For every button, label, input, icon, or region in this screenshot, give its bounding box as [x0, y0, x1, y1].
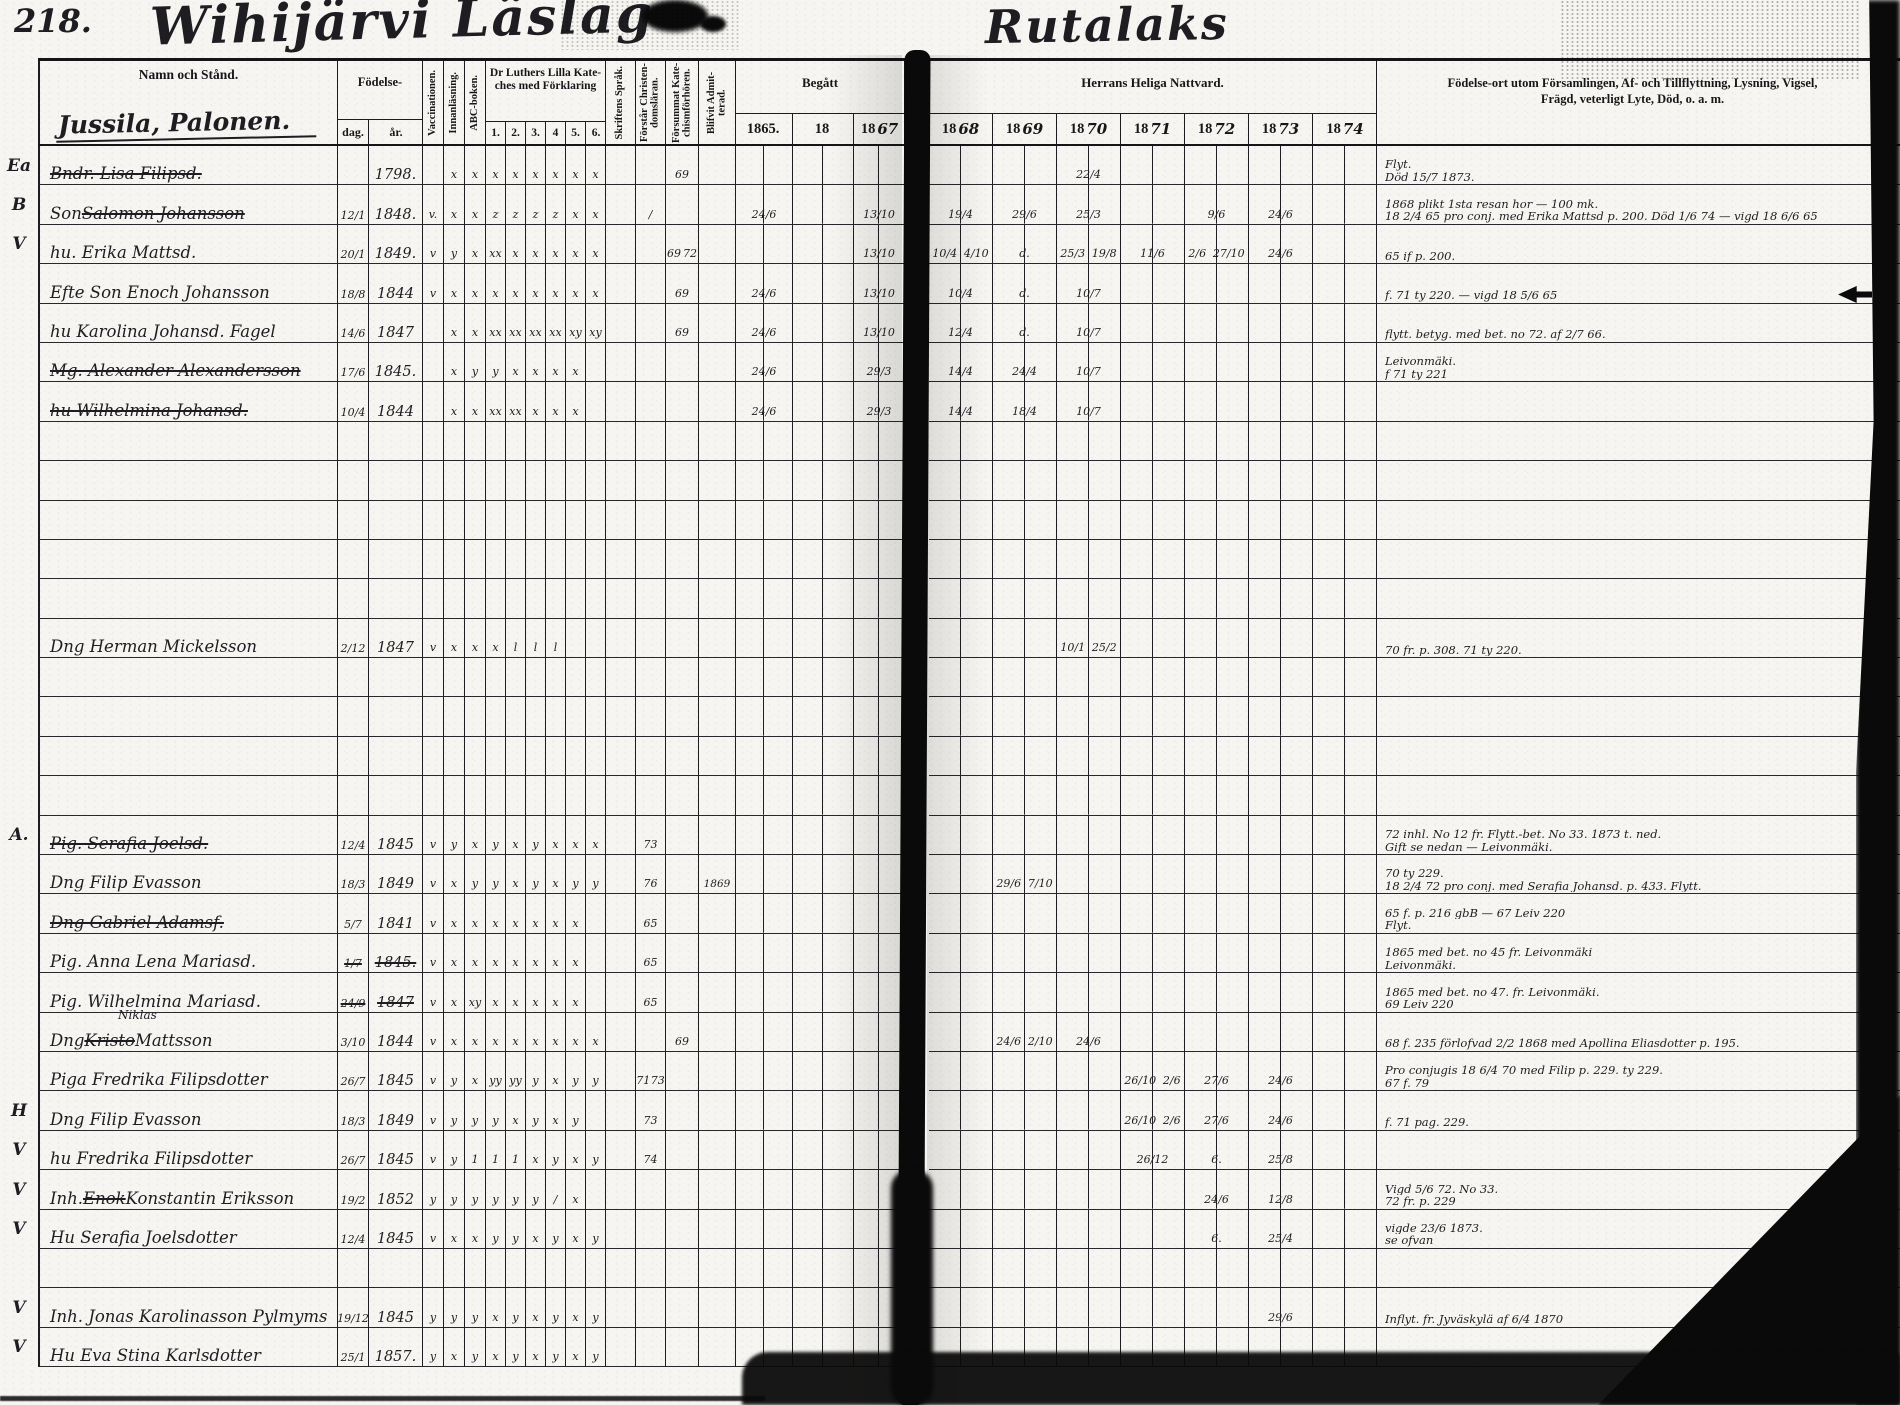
- cell-abc-mark: x: [465, 1052, 486, 1091]
- table-row: Vhu Fredrika Filipsdotter26/71845vy111xy…: [0, 1131, 1900, 1170]
- cell-catechism-mark: l: [506, 619, 526, 658]
- cell-catechism-mark: [586, 1249, 606, 1288]
- cell-nattvard-date: [993, 1052, 1057, 1091]
- cell-nattvard-date: [1249, 934, 1313, 973]
- gutter-spacer: [905, 934, 929, 973]
- gutter-spacer: [905, 461, 929, 500]
- cell-admitted-mark: [699, 934, 736, 973]
- header-begatt-label: Begått: [736, 75, 904, 91]
- cell-catechism-mark: yy: [486, 1052, 506, 1091]
- cell-abc-mark: x: [465, 1013, 486, 1052]
- cell-name: Efte Son Enoch Johansson: [38, 264, 338, 303]
- year-handwritten: 73: [1278, 120, 1299, 138]
- note-line: 70 fr. p. 308. 71 ty 220.: [1385, 644, 1522, 657]
- date-part: 26/10: [1124, 1114, 1156, 1127]
- cell-abc-mark: y: [465, 1328, 486, 1367]
- cell-begatt-date: [854, 579, 905, 618]
- row-margin-mark: Ea: [0, 146, 38, 185]
- cell-birth-year: 1845: [369, 1288, 423, 1327]
- cell-catechism-mark: x: [566, 185, 586, 224]
- gutter-spacer: [905, 343, 929, 382]
- cell-catechism-mark: x: [526, 1288, 546, 1327]
- cell-nattvard-date: 10/44/10: [929, 225, 993, 264]
- table-row: VHu Eva Stina Karlsdotter25/11857.yxyxyx…: [0, 1328, 1900, 1367]
- cell-catechism-mark: [546, 501, 566, 540]
- cell-nattvard-date: [1313, 540, 1377, 579]
- cell-birth-day: 20/1: [338, 225, 369, 264]
- cell-nattvard-date: [1057, 1328, 1121, 1367]
- cell-notes: [1377, 422, 1900, 461]
- cell-name: Inh. Jonas Karolinasson Pylmyms: [38, 1288, 338, 1327]
- header-scripture-label: Skriftens Språk.: [615, 66, 626, 140]
- table-row: hu Wilhelmina Johansd.10/41844xxxxxxxxx2…: [0, 382, 1900, 421]
- cell-scripture-mark: [606, 343, 636, 382]
- cell-abc-mark: x: [465, 934, 486, 973]
- cell-vaccination-mark: [423, 697, 444, 736]
- name-text: Dng Gabriel Adamsf.: [50, 913, 224, 932]
- cell-begatt-date: [736, 658, 793, 697]
- note-line: Flyt.: [1385, 919, 1411, 932]
- note-line: Pro conjugis 18 6/4 70 med Filip p. 229.…: [1385, 1064, 1663, 1077]
- cell-nattvard-date: [1185, 776, 1249, 815]
- table-row: NiklasDng Kristo Mattsson3/101844vxxxxxx…: [0, 1013, 1900, 1052]
- cell-catechism-mark: x: [506, 343, 526, 382]
- cell-nattvard-date: [1313, 619, 1377, 658]
- cell-scripture-mark: [606, 973, 636, 1012]
- cell-catechism-mark: [586, 540, 606, 579]
- note-line: 1865 med bet. no 47. fr. Leivonmäki.: [1385, 986, 1600, 999]
- note-line: 65 if p. 200.: [1385, 250, 1455, 263]
- cell-name: Pig. Serafia Joelsd.: [38, 816, 338, 855]
- name-correction-above: Niklas: [118, 1008, 157, 1022]
- table-row: [0, 422, 1900, 461]
- cell-catechism-mark: x: [566, 973, 586, 1012]
- cell-catechism-mark: y: [526, 1091, 546, 1130]
- cell-nattvard-date: [929, 422, 993, 461]
- cell-catechism-mark: z: [546, 185, 566, 224]
- cell-birth-year: [369, 697, 423, 736]
- cell-nattvard-date: [1121, 422, 1185, 461]
- row-margin-mark: [0, 776, 38, 815]
- cell-nattvard-date: [993, 422, 1057, 461]
- cell-catechism-mark: [506, 697, 526, 736]
- date-part: 19/8: [1092, 247, 1117, 260]
- date-part: 24/6: [996, 1035, 1021, 1048]
- cell-admitted-mark: [699, 185, 736, 224]
- cell-missed-mark: [666, 973, 699, 1012]
- cell-nattvard-date: [1185, 816, 1249, 855]
- header-nattvard-year: 1868: [929, 114, 993, 144]
- cell-missed-mark: [666, 894, 699, 933]
- table-row: [0, 697, 1900, 736]
- cell-nattvard-date: [1057, 579, 1121, 618]
- date-part: 25/2: [1092, 641, 1117, 654]
- cell-scripture-mark: [606, 737, 636, 776]
- cell-nattvard-date: [1313, 343, 1377, 382]
- cell-catechism-mark: x: [506, 894, 526, 933]
- cell-catechism-mark: [566, 737, 586, 776]
- cell-birth-year: 1844: [369, 1013, 423, 1052]
- cell-birth-year: 1849: [369, 1091, 423, 1130]
- cell-catechism-mark: [486, 658, 506, 697]
- header-abc-book: ABC-boken.: [465, 61, 486, 144]
- cell-admitted-mark: [699, 1249, 736, 1288]
- cell-nattvard-date: 24/62/10: [993, 1013, 1057, 1052]
- cell-name: hu Wilhelmina Johansd.: [38, 382, 338, 421]
- cell-nattvard-date: 29/67/10: [993, 855, 1057, 894]
- cell-birth-day: [338, 776, 369, 815]
- cell-catechism-mark: [506, 776, 526, 815]
- cell-nattvard-date: [1313, 1013, 1377, 1052]
- cell-admitted-mark: [699, 816, 736, 855]
- cell-catechism-mark: [566, 422, 586, 461]
- cell-nattvard-date: 24/6: [1249, 1091, 1313, 1130]
- cell-understands-mark: 65: [636, 934, 666, 973]
- cell-nattvard-date: 10/7: [1057, 343, 1121, 382]
- cell-begatt-date: 24/6: [736, 382, 793, 421]
- cell-birth-year: [369, 461, 423, 500]
- cell-abc-mark: xy: [465, 973, 486, 1012]
- cell-scripture-mark: [606, 658, 636, 697]
- cell-catechism-mark: x: [546, 1091, 566, 1130]
- header-nattvard: Herrans Heliga Nattvard. 1868 1869 1870 …: [929, 61, 1377, 144]
- cell-catechism-mark: [546, 461, 566, 500]
- cell-nattvard-date: [1057, 1288, 1121, 1327]
- cell-reading-mark: [444, 776, 465, 815]
- cell-begatt-date: [793, 264, 854, 303]
- cell-birth-day: 19/2: [338, 1170, 369, 1209]
- cell-vaccination-mark: [423, 540, 444, 579]
- cell-nattvard-date: [1121, 1013, 1185, 1052]
- cell-abc-mark: x: [465, 894, 486, 933]
- gutter-spacer: [905, 1091, 929, 1130]
- cell-begatt-date: 24/6: [736, 185, 793, 224]
- cell-nattvard-date: 14/4: [929, 343, 993, 382]
- cell-catechism-mark: [506, 422, 526, 461]
- cell-vaccination-mark: v: [423, 894, 444, 933]
- cell-vaccination-mark: v: [423, 264, 444, 303]
- cell-catechism-mark: x: [546, 225, 566, 264]
- cell-abc-mark: [465, 540, 486, 579]
- cell-begatt-date: [736, 1210, 793, 1249]
- table-row: Piga Fredrika Filipsdotter26/71845vyxyyy…: [0, 1052, 1900, 1091]
- cell-catechism-mark: x: [566, 382, 586, 421]
- cell-nattvard-date: [1249, 304, 1313, 343]
- cell-vaccination-mark: [423, 776, 444, 815]
- gutter-spacer: [905, 1013, 929, 1052]
- cell-catechism-mark: [566, 501, 586, 540]
- table-header: Namn och Stånd. Jussila, Palonen. Födels…: [38, 58, 1900, 146]
- cell-admitted-mark: [699, 697, 736, 736]
- cell-begatt-date: [854, 1288, 905, 1327]
- cell-reading-mark: [444, 461, 465, 500]
- cell-begatt-date: [793, 816, 854, 855]
- cell-begatt-date: [793, 461, 854, 500]
- cell-name: NiklasDng Kristo Mattsson: [38, 1013, 338, 1052]
- cell-nattvard-date: [993, 579, 1057, 618]
- cell-catechism-mark: x: [546, 816, 566, 855]
- cell-abc-mark: y: [465, 1288, 486, 1327]
- gutter-spacer: [905, 264, 929, 303]
- cell-nattvard-date: [1057, 697, 1121, 736]
- cell-admitted-mark: [699, 1131, 736, 1170]
- cell-nattvard-date: 27/6: [1185, 1052, 1249, 1091]
- year-printed: 18: [1070, 121, 1085, 138]
- cell-begatt-date: [736, 461, 793, 500]
- cell-catechism-mark: [566, 1249, 586, 1288]
- cell-nattvard-date: [1121, 343, 1185, 382]
- cell-nattvard-date: [1121, 461, 1185, 500]
- cell-nattvard-date: [993, 1288, 1057, 1327]
- header-birth-year: år.: [369, 120, 423, 144]
- cell-nattvard-date: [1313, 146, 1377, 185]
- cell-nattvard-date: [1313, 973, 1377, 1012]
- cell-birth-year: 1845.: [369, 343, 423, 382]
- cell-scripture-mark: [606, 816, 636, 855]
- cell-nattvard-date: [1057, 973, 1121, 1012]
- note-line: 72 inhl. No 12 fr. Flytt.-bet. No 33. 18…: [1385, 828, 1661, 841]
- cell-begatt-date: [736, 973, 793, 1012]
- cell-catechism-mark: x: [586, 816, 606, 855]
- gutter-spacer: [905, 619, 929, 658]
- cell-missed-mark: [666, 461, 699, 500]
- cell-vaccination-mark: [423, 658, 444, 697]
- cell-admitted-mark: [699, 304, 736, 343]
- cell-catechism-mark: y: [586, 1052, 606, 1091]
- cell-vaccination-mark: y: [423, 1288, 444, 1327]
- cell-notes: [1377, 737, 1900, 776]
- cell-begatt-date: [736, 422, 793, 461]
- cell-notes: [1377, 1328, 1900, 1367]
- cell-reading-mark: y: [444, 225, 465, 264]
- cell-missed-mark: [666, 737, 699, 776]
- cell-begatt-date: [854, 894, 905, 933]
- cell-begatt-date: [736, 579, 793, 618]
- cell-understands-mark: 65: [636, 894, 666, 933]
- cell-nattvard-date: [1121, 894, 1185, 933]
- cell-nattvard-date: 26/12: [1121, 1131, 1185, 1170]
- cell-birth-day: [338, 540, 369, 579]
- cell-begatt-date: [793, 540, 854, 579]
- cell-catechism-mark: [486, 1249, 506, 1288]
- cell-nattvard-date: [1313, 894, 1377, 933]
- name-text: Inh. Jonas Karolinasson Pylmyms: [50, 1307, 328, 1326]
- cell-nattvard-date: [1057, 658, 1121, 697]
- cell-catechism-mark: 1: [506, 1131, 526, 1170]
- header-catechism-col: 4: [546, 122, 566, 144]
- header-birth-label: Födelse-: [338, 75, 422, 90]
- cell-begatt-date: [736, 1013, 793, 1052]
- cell-nattvard-date: [993, 776, 1057, 815]
- cell-catechism-mark: xx: [486, 225, 506, 264]
- table-row: Efte Son Enoch Johansson18/81844vxxxxxxx…: [0, 264, 1900, 303]
- cell-begatt-date: [736, 1328, 793, 1367]
- cell-nattvard-date: [929, 1210, 993, 1249]
- cell-birth-day: 26/7: [338, 1052, 369, 1091]
- gutter-spacer: [905, 422, 929, 461]
- cell-nattvard-date: [1249, 697, 1313, 736]
- cell-missed-mark: [666, 855, 699, 894]
- cell-scripture-mark: [606, 1288, 636, 1327]
- row-margin-mark: [0, 1013, 38, 1052]
- cell-scripture-mark: [606, 1210, 636, 1249]
- year-printed: 18: [942, 121, 957, 138]
- cell-catechism-mark: x: [526, 225, 546, 264]
- cell-birth-day: 26/7: [338, 1131, 369, 1170]
- cell-nattvard-date: 12/8: [1249, 1170, 1313, 1209]
- header-missed-label: Försummat Kate-chismförhören.: [672, 61, 693, 144]
- cell-catechism-mark: x: [546, 382, 566, 421]
- cell-nattvard-date: [1057, 1091, 1121, 1130]
- cell-nattvard-date: 25/8: [1249, 1131, 1313, 1170]
- cell-missed-mark: [666, 658, 699, 697]
- cell-nattvard-date: [1057, 816, 1121, 855]
- row-margin-mark: [0, 658, 38, 697]
- cell-nattvard-date: [1057, 855, 1121, 894]
- cell-catechism-mark: x: [486, 934, 506, 973]
- cell-begatt-date: [736, 816, 793, 855]
- cell-catechism-mark: x: [486, 1288, 506, 1327]
- cell-nattvard-date: [1185, 304, 1249, 343]
- cell-notes: 1865 med bet. no 47. fr. Leivonmäki.69 L…: [1377, 973, 1900, 1012]
- note-line: vigde 23/6 1873.: [1385, 1222, 1483, 1235]
- cell-catechism-mark: y: [526, 1170, 546, 1209]
- name-text: Bndr. Lisa Filipsd.: [50, 164, 202, 183]
- cell-notes: 65 f. p. 216 gbB — 67 Leiv 220Flyt.: [1377, 894, 1900, 933]
- cell-catechism-mark: [546, 776, 566, 815]
- header-admitted: Blifvit Admit-terad.: [699, 61, 736, 144]
- cell-notes: [1377, 382, 1900, 421]
- cell-name: [38, 422, 338, 461]
- cell-nattvard-date: [929, 619, 993, 658]
- cell-birth-day: 12/1: [338, 185, 369, 224]
- cell-nattvard-date: [929, 1091, 993, 1130]
- cell-catechism-mark: [546, 579, 566, 618]
- gutter-spacer: [905, 1249, 929, 1288]
- cell-begatt-date: [854, 501, 905, 540]
- cell-nattvard-date: [1249, 540, 1313, 579]
- header-missed-exams: Försummat Kate-chismförhören.: [666, 61, 699, 144]
- date-part: 27/10: [1213, 247, 1245, 260]
- cell-abc-mark: x: [465, 146, 486, 185]
- cell-birth-day: [338, 737, 369, 776]
- cell-nattvard-date: [1185, 973, 1249, 1012]
- cell-nattvard-date: [1313, 501, 1377, 540]
- cell-nattvard-date: [929, 973, 993, 1012]
- cell-missed-mark: [666, 1091, 699, 1130]
- cell-understands-mark: [636, 619, 666, 658]
- cell-catechism-mark: y: [546, 1131, 566, 1170]
- cell-catechism-mark: xx: [506, 304, 526, 343]
- cell-missed-mark: [666, 1288, 699, 1327]
- cell-nattvard-date: 10/4: [929, 264, 993, 303]
- cell-nattvard-date: [993, 894, 1057, 933]
- cell-begatt-date: [793, 619, 854, 658]
- cell-notes: vigde 23/6 1873.se ofvan: [1377, 1210, 1900, 1249]
- cell-catechism-mark: [526, 422, 546, 461]
- header-nattvard-year: 1869: [993, 114, 1057, 144]
- cell-nattvard-date: [929, 1052, 993, 1091]
- year-handwritten: 71: [1150, 120, 1171, 138]
- cell-understands-mark: [636, 422, 666, 461]
- cell-nattvard-date: [1313, 1249, 1377, 1288]
- cell-reading-mark: [444, 737, 465, 776]
- cell-admitted-mark: [699, 1288, 736, 1327]
- cell-begatt-date: [736, 1131, 793, 1170]
- cell-scripture-mark: [606, 1249, 636, 1288]
- cell-admitted-mark: [699, 461, 736, 500]
- cell-understands-mark: 73: [636, 816, 666, 855]
- cell-nattvard-date: [993, 1091, 1057, 1130]
- cell-catechism-mark: z: [486, 185, 506, 224]
- cell-catechism-mark: 1: [486, 1131, 506, 1170]
- cell-begatt-date: [854, 973, 905, 1012]
- cell-abc-mark: y: [465, 855, 486, 894]
- cell-nattvard-date: 27/6: [1185, 1091, 1249, 1130]
- cell-begatt-date: [793, 1052, 854, 1091]
- cell-catechism-mark: x: [506, 146, 526, 185]
- cell-admitted-mark: [699, 146, 736, 185]
- cell-admitted-mark: [699, 264, 736, 303]
- cell-vaccination-mark: v: [423, 1210, 444, 1249]
- cell-missed-mark: [666, 422, 699, 461]
- gutter-spacer: [905, 185, 929, 224]
- cell-reading-mark: y: [444, 1052, 465, 1091]
- header-vaccination-label: Vaccinationen.: [428, 70, 439, 136]
- cell-nattvard-date: [1057, 540, 1121, 579]
- cell-reading-mark: x: [444, 894, 465, 933]
- cell-scripture-mark: [606, 1091, 636, 1130]
- note-line: Död 15/7 1873.: [1385, 171, 1475, 184]
- table-rows: EaBndr. Lisa Filipsd.1798.xxxxxxxx6922/4…: [0, 146, 1900, 1367]
- cell-birth-year: 1845: [369, 1131, 423, 1170]
- cell-admitted-mark: [699, 382, 736, 421]
- cell-admitted-mark: [699, 579, 736, 618]
- cell-nattvard-date: [1249, 973, 1313, 1012]
- cell-nattvard-date: [1313, 1170, 1377, 1209]
- cell-catechism-mark: y: [546, 1210, 566, 1249]
- cell-notes: [1377, 579, 1900, 618]
- cell-nattvard-date: [1121, 304, 1185, 343]
- cell-catechism-mark: x: [526, 1131, 546, 1170]
- cell-abc-mark: [465, 658, 486, 697]
- cell-birth-year: 1848.: [369, 185, 423, 224]
- date-part: 2/10: [1028, 1035, 1053, 1048]
- cell-name: Bndr. Lisa Filipsd.: [38, 146, 338, 185]
- cell-catechism-mark: x: [506, 855, 526, 894]
- cell-birth-year: 1849.: [369, 225, 423, 264]
- cell-birth-day: 1/7: [338, 934, 369, 973]
- cell-begatt-date: [854, 422, 905, 461]
- cell-begatt-date: [736, 1170, 793, 1209]
- header-nattvard-year: 1874: [1313, 114, 1377, 144]
- row-margin-mark: [0, 540, 38, 579]
- row-margin-mark: [0, 382, 38, 421]
- cell-admitted-mark: [699, 619, 736, 658]
- cell-understands-mark: [636, 1328, 666, 1367]
- name-text: Dng Filip Evasson: [50, 1110, 201, 1129]
- cell-catechism-mark: y: [586, 1131, 606, 1170]
- note-line: Vigd 5/6 72. No 33.: [1385, 1183, 1498, 1196]
- cell-nattvard-date: [1185, 146, 1249, 185]
- cell-begatt-date: [793, 185, 854, 224]
- cell-catechism-mark: x: [506, 225, 526, 264]
- cell-catechism-mark: [586, 658, 606, 697]
- cell-nattvard-date: [1121, 1328, 1185, 1367]
- cell-begatt-date: 29/3: [854, 382, 905, 421]
- cell-begatt-date: [736, 894, 793, 933]
- cell-missed-mark: [666, 1131, 699, 1170]
